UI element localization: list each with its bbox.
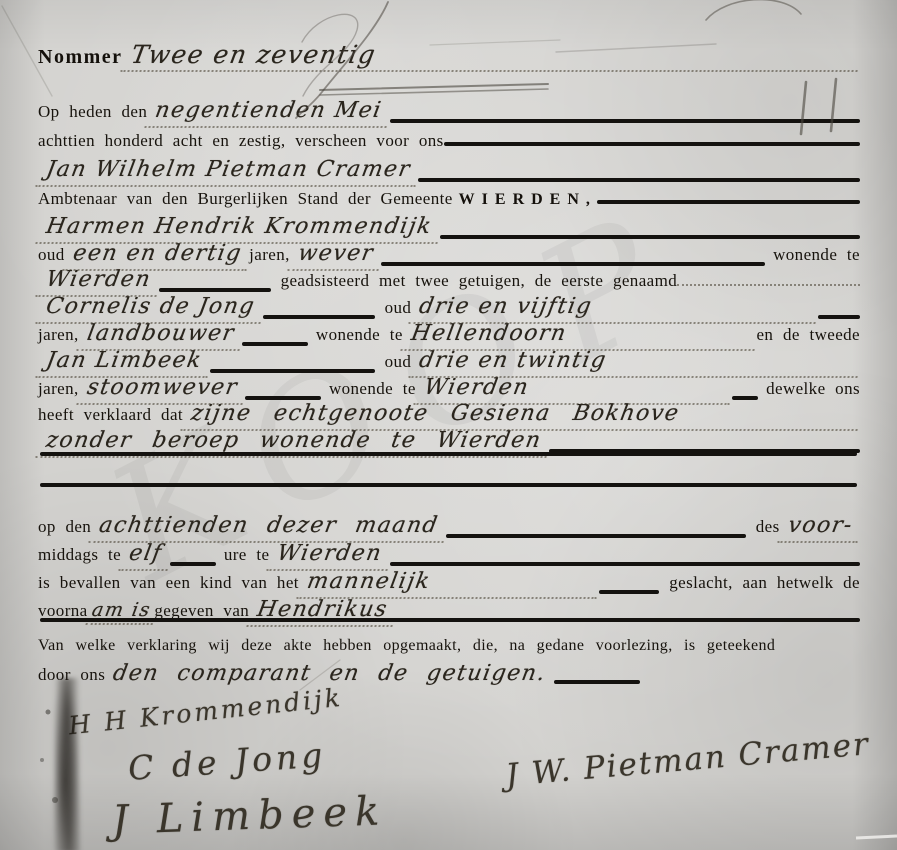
ruled-line (446, 534, 746, 538)
ruled-line (242, 342, 308, 346)
ruled-line (390, 562, 860, 566)
oud-text: oud (38, 245, 65, 265)
birthdate-handwritten: achttienden dezer maand (89, 513, 449, 543)
ruled-line (554, 680, 640, 684)
op-den-text: op den (38, 517, 91, 537)
witness1-occupation-handwritten: landbouwer (76, 321, 245, 351)
witness1-row: Cornelis de Jong oud drie en vijftig (38, 294, 860, 324)
declarant-residence-handwritten: Wierden (35, 267, 161, 297)
ruled-line (390, 119, 860, 123)
ruled-line (210, 369, 375, 373)
oud-text: oud (385, 298, 412, 318)
declarant-name-handwritten: Harmen Hendrik Krommendijk (35, 214, 442, 244)
witness1-details-row: jaren, landbouwer wonende te Hellendoorn… (38, 321, 860, 351)
office-text: Ambtenaar van den Burgerlijken Stand der… (38, 189, 453, 209)
ink-smudge (54, 678, 80, 850)
date-prefix-text: Op heden den (38, 102, 147, 122)
birthplace-handwritten: Wierden (267, 541, 393, 571)
ruled-line (599, 590, 659, 594)
kind-van-het-text: is bevallen van een kind van het (38, 573, 299, 593)
childname-row: voorna am is gegeven van Hendrikus (38, 597, 860, 627)
declarant-row: Harmen Hendrik Krommendijk (38, 214, 860, 244)
wonende-te-text: wonende te (329, 379, 416, 399)
registrar-name-handwritten: Jan Wilhelm Pietman Cramer (35, 157, 420, 187)
ruled-line (818, 315, 860, 319)
witness1-age-handwritten: drie en vijftig (409, 294, 821, 324)
office-row: Ambtenaar van den Burgerlijken Stand der… (38, 189, 860, 209)
des-text: des (756, 517, 780, 537)
ure-te-text: ure te (224, 545, 270, 565)
number-label: Nommer (38, 46, 123, 69)
daypart-handwritten: voor- (777, 513, 863, 543)
heeft-verklaard-text: heeft verklaard dat (38, 405, 183, 425)
blank-ruled-line (40, 483, 857, 487)
ruled-line (263, 315, 375, 319)
closing-row: Van welke verklaring wij deze akte hebbe… (38, 637, 860, 655)
ruled-line (418, 178, 860, 182)
number-value-handwritten: Twee en zeventig (120, 42, 863, 72)
ruled-line (440, 235, 860, 239)
signed-by-row: door ons den comparant en de getuigen. (38, 661, 860, 689)
ruled-line (597, 200, 860, 204)
signature-limbeek: J Limbeek (111, 788, 388, 844)
witness2-age-handwritten: drie en twintig (409, 348, 863, 378)
wonende-te-text: wonende te (773, 245, 860, 265)
declaration-row: heeft verklaard dat zijne echtgenoote Ge… (38, 401, 860, 431)
spouse-handwritten: zijne echtgenoote Gesiena Bokhove (180, 401, 862, 431)
ruled-line (732, 396, 758, 400)
signature-krommendijk: H H Krommendijk (67, 683, 344, 741)
gender-handwritten: mannelijk (296, 569, 602, 599)
jaren-text: jaren, (38, 379, 79, 399)
year-row: achttien honderd acht en zestig, versche… (38, 131, 860, 151)
hour-handwritten: elf (118, 541, 172, 571)
en-de-tweede-text: en de tweede (756, 325, 860, 345)
witnesses-intro-text: geadsisteerd met twee getuigen, de eerst… (281, 271, 678, 291)
dewelke-ons-text: dewelke ons (766, 379, 860, 399)
birth-certificate-scan: KOOP Nommer Twee en zeventig Op heden de… (0, 0, 897, 850)
dotted-leader (677, 284, 860, 286)
date-row: Op heden den negentienden Mei (38, 98, 860, 128)
date-handwritten: negentienden Mei (145, 98, 393, 128)
blank-ruled-line (40, 452, 857, 456)
geslacht-text: geslacht, aan hetwelk de (669, 573, 860, 593)
ruled-line (245, 396, 321, 400)
ruled-line (170, 562, 216, 566)
section-divider-rule (40, 618, 857, 622)
ruled-line (444, 142, 860, 146)
number-row: Nommer Twee en zeventig (38, 42, 860, 72)
closing-text: Van welke verklaring wij deze akte hebbe… (38, 637, 775, 655)
year-text: achttien honderd acht en zestig, versche… (38, 131, 444, 151)
jaren-text: jaren, (38, 325, 79, 345)
oud-text: oud (385, 352, 412, 372)
jaren-text: jaren, (249, 245, 290, 265)
gender-row: is bevallen van een kind van het manneli… (38, 569, 860, 599)
birthdate-row: op den achttienden dezer maand des voor- (38, 513, 860, 543)
birthtime-row: middags te elf ure te Wierden (38, 541, 860, 571)
gemeente-name: WIERDEN, (459, 191, 597, 209)
signature-pietman-cramer: J W. Pietman Cramer (504, 726, 871, 794)
declarant-residence-row: Wierden geadsisteerd met twee getuigen, … (38, 267, 860, 297)
ruled-line (381, 262, 765, 266)
wonende-te-text: wonende te (316, 325, 403, 345)
registrar-row: Jan Wilhelm Pietman Cramer (38, 157, 860, 187)
witness2-name-handwritten: Jan Limbeek (35, 348, 212, 378)
childname-handwritten: Hendrikus (247, 597, 399, 627)
witness1-name-handwritten: Cornelis de Jong (35, 294, 265, 324)
middags-te-text: middags te (38, 545, 121, 565)
signature-de-jong: C de Jong (127, 735, 328, 788)
ruled-line (159, 288, 271, 292)
witness2-row: Jan Limbeek oud drie en twintig (38, 348, 860, 378)
witness1-residence-handwritten: Hellendoorn (400, 321, 759, 351)
